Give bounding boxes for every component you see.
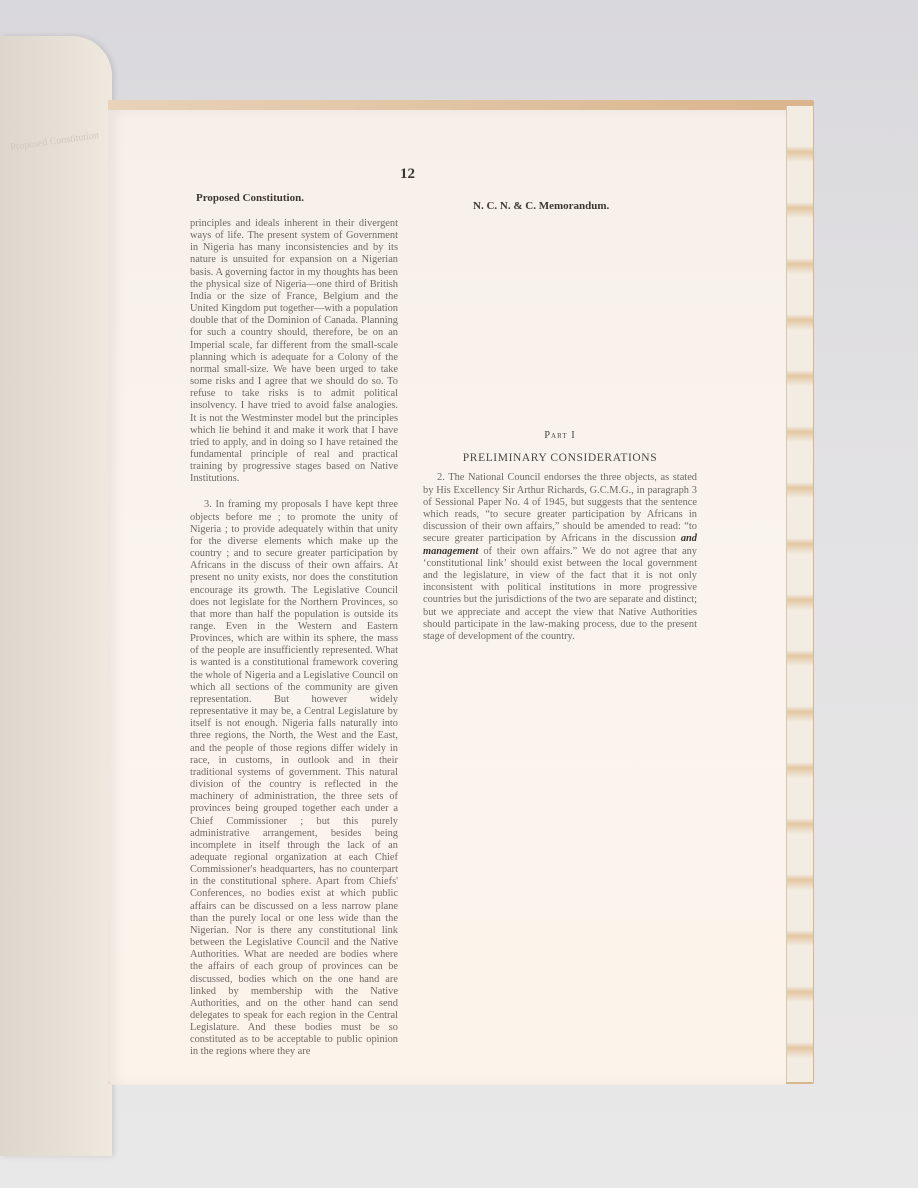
right-column: Part I PRELIMINARY CONSIDERATIONS 2. The… [423, 430, 697, 643]
left-paragraph-2: 3. In framing my proposals I have kept t… [190, 499, 398, 1058]
previous-page-edge: Proposed Constitution [0, 36, 112, 1156]
right-paragraph: 2. The National Council endorses the thr… [423, 472, 697, 643]
paragraph-text-start: 2. The National Council endorses the thr… [423, 472, 697, 544]
section-title: PRELIMINARY CONSIDERATIONS [423, 452, 697, 464]
ghost-text: Proposed Constitution [10, 130, 100, 153]
left-column: principles and ideals inherent in their … [190, 218, 398, 1059]
book-fore-edge [786, 106, 813, 1082]
page-number: 12 [400, 166, 415, 183]
paragraph-text-end: of their own affairs.” We do not agree t… [423, 546, 697, 642]
part-label: Part I [423, 430, 697, 442]
running-head-left: Proposed Constitution. [196, 192, 304, 204]
document-page: 12 Proposed Constitution. N. C. N. & C. … [108, 110, 786, 1085]
running-head-right: N. C. N. & C. Memorandum. [473, 200, 609, 212]
left-paragraph-1: principles and ideals inherent in their … [190, 218, 398, 485]
